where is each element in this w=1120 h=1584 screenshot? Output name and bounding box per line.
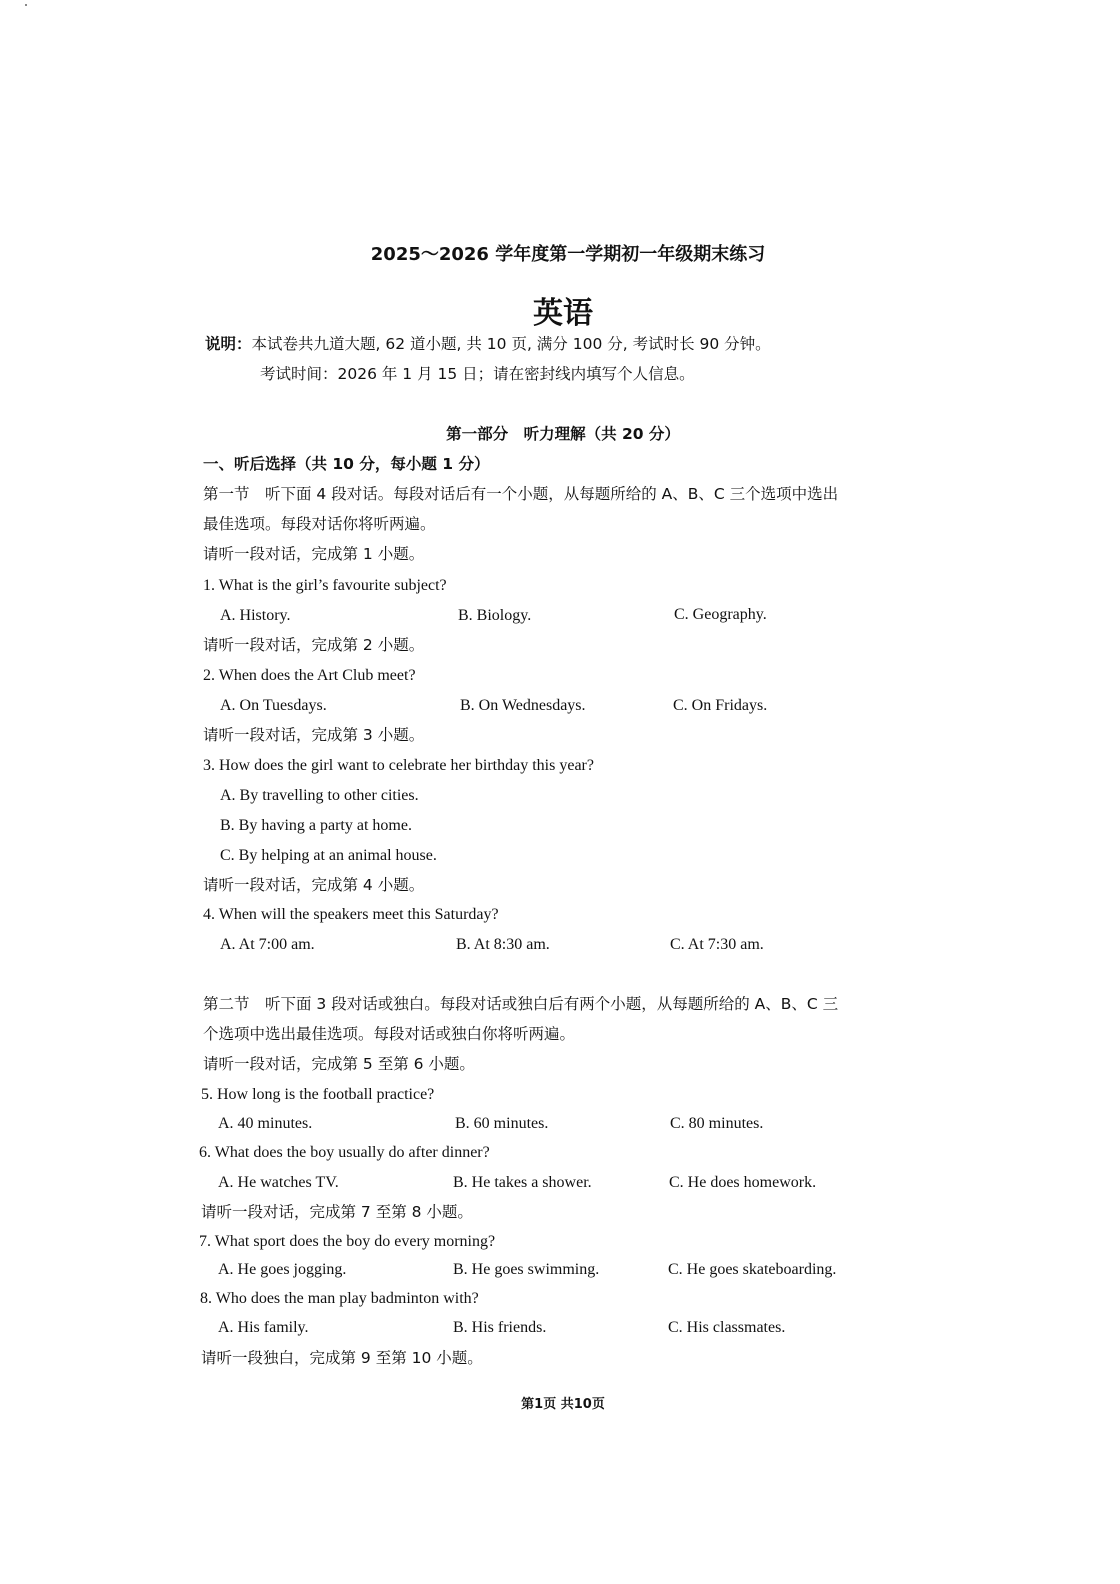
prompt-q9-10: 请听一段独白，完成第 9 至第 10 小题。 [201,1348,483,1368]
q5-option-a: A. 40 minutes. [218,1114,312,1134]
q4-option-c: C. At 7:30 am. [670,935,764,955]
q3-option-b: B. By having a party at home. [220,816,412,836]
instructions-line-1: 说明：本试卷共九道大题, 62 道小题, 共 10 页, 满分 100 分, 考… [205,334,771,354]
instructions-label: 说明： [205,335,252,353]
q5-option-b: B. 60 minutes. [455,1114,548,1134]
instructions-text-1: 本试卷共九道大题, 62 道小题, 共 10 页, 满分 100 分, 考试时长… [252,335,771,353]
prompt-q5-6: 请听一段对话，完成第 5 至第 6 小题。 [203,1054,475,1074]
exam-page: 2025～2026 学年度第一学期初一年级期末练习 英语 说明：本试卷共九道大题… [0,0,1120,1584]
q1-option-a: A. History. [220,606,291,626]
question-1: 1. What is the girl’s favourite subject? [203,576,447,596]
prompt-q7-8: 请听一段对话，完成第 7 至第 8 小题。 [201,1202,473,1222]
q8-option-b: B. His friends. [453,1318,546,1338]
subsection1-instructions-2: 最佳选项。每段对话你将听两遍。 [203,514,436,534]
question-8: 8. Who does the man play badminton with? [200,1289,479,1309]
q2-option-a: A. On Tuesdays. [220,696,327,716]
prompt-q1: 请听一段对话，完成第 1 小题。 [203,544,424,564]
scan-artifact [25,4,27,6]
q8-option-c: C. His classmates. [668,1318,785,1338]
subsection2-instructions-2: 个选项中选出最佳选项。每段对话或独白你将听两遍。 [203,1024,575,1044]
q2-option-c: C. On Fridays. [673,696,767,716]
q4-option-a: A. At 7:00 am. [220,935,315,955]
question-7: 7. What sport does the boy do every morn… [199,1232,495,1252]
prompt-q2: 请听一段对话，完成第 2 小题。 [203,635,424,655]
question-4: 4. When will the speakers meet this Satu… [203,905,499,925]
question-2: 2. When does the Art Club meet? [203,666,416,686]
q6-option-a: A. He watches TV. [218,1173,339,1193]
q1-option-c: C. Geography. [674,605,767,625]
subsection2-instructions-1: 第二节 听下面 3 段对话或独白。每段对话或独白后有两个小题，从每题所给的 A、… [203,994,838,1014]
subsection1-instructions-1: 第一节 听下面 4 段对话。每段对话后有一个小题，从每题所给的 A、B、C 三个… [203,484,838,504]
q8-option-a: A. His family. [218,1318,309,1338]
prompt-q4: 请听一段对话，完成第 4 小题。 [203,875,424,895]
q4-option-b: B. At 8:30 am. [456,935,550,955]
q7-option-c: C. He goes skateboarding. [668,1260,836,1280]
question-5: 5. How long is the football practice? [201,1085,434,1105]
q5-option-c: C. 80 minutes. [670,1114,763,1134]
part1-heading: 第一部分 听力理解（共 20 分） [0,424,1120,444]
q7-option-a: A. He goes jogging. [218,1260,346,1280]
section1-heading: 一、听后选择（共 10 分，每小题 1 分） [203,454,489,474]
subject-title: 英语 [0,288,1120,332]
question-6: 6. What does the boy usually do after di… [199,1143,490,1163]
q1-option-b: B. Biology. [458,606,531,626]
q3-option-c: C. By helping at an animal house. [220,846,437,866]
q6-option-c: C. He does homework. [669,1173,816,1193]
page-number: 第1页 共10页 [0,1393,1120,1412]
q2-option-b: B. On Wednesdays. [460,696,586,716]
instructions-line-2: 考试时间：2026 年 1 月 15 日；请在密封线内填写个人信息。 [260,364,695,384]
q3-option-a: A. By travelling to other cities. [220,786,419,806]
exam-title: 2025～2026 学年度第一学期初一年级期末练习 [0,240,1120,266]
q6-option-b: B. He takes a shower. [453,1173,592,1193]
q7-option-b: B. He goes swimming. [453,1260,599,1280]
prompt-q3: 请听一段对话，完成第 3 小题。 [203,725,424,745]
question-3: 3. How does the girl want to celebrate h… [203,756,594,776]
